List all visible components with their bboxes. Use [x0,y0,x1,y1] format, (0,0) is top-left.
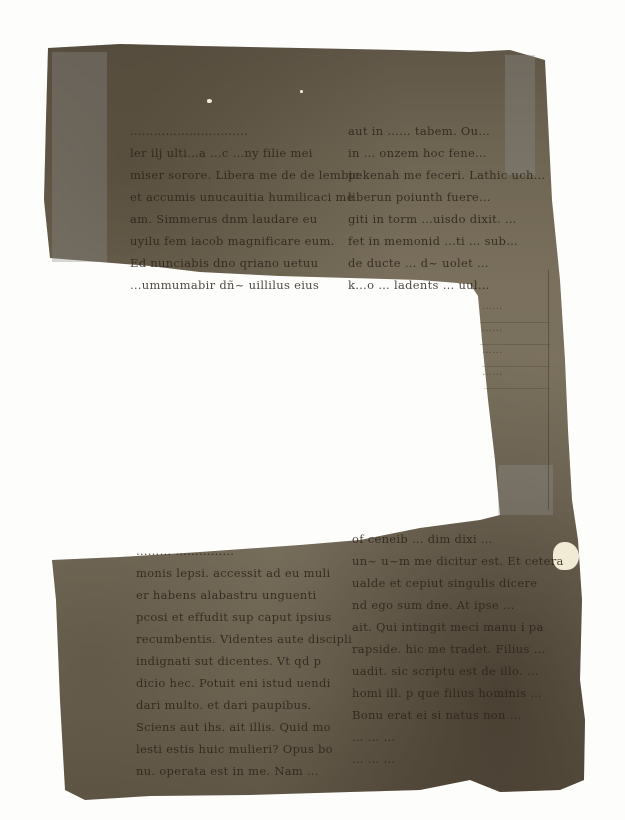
text-line: et accumis unucauitia humilicaci me [130,186,359,208]
text-line: … … … [352,748,564,770]
text-line: …ummumabir dñ~ uillilus eius [130,274,359,296]
text-line: uyilu fem iacob magnificare eum. [130,230,359,252]
text-line: k…o … ladents … uul… [348,274,545,296]
pin-hole [300,90,303,93]
text-line: indignati sut dicentes. Vt qd p [136,650,352,672]
upper-right-column: aut in …… tabem. Ou… in … onzem hoc fene… [348,120,545,296]
text-line: un~ u~m me dicitur est. Et cetera [352,550,564,572]
text-line: pcosi et effudit sup caput ipsius [136,606,352,628]
text-line: er habens alabastru unguenti [136,584,352,606]
text-line: monis lepsi. accessit ad eu muli [136,562,352,584]
text-line: ler ilj ulti…a …c …ny filie mei [130,142,359,164]
text-line: …… [482,318,503,340]
text-line: ………………………… [130,120,359,142]
text-line: dicio hec. Potuit eni istud uendi [136,672,352,694]
upper-left-column: ………………………… ler ilj ulti…a …c …ny filie m… [130,120,359,296]
text-line: ……… …………… [136,540,352,562]
text-line: pekenah me feceri. Lathic uch… [348,164,545,186]
text-line: rapside. hic me tradet. Filius … [352,638,564,660]
ruling-line [484,388,550,389]
text-line: am. Simmerus dnm laudare eu [130,208,359,230]
repair-tape-left [52,52,107,262]
text-line: fet in memonid …ti … sub… [348,230,545,252]
text-line: …… [482,296,503,318]
text-line: of ceneib … dim dixi … [352,528,564,550]
text-line: miser sorore. Libera me de de lembic [130,164,359,186]
text-line: … … … [352,726,564,748]
text-line: recumbentis. Videntes aute discipli [136,628,352,650]
text-line: …… [482,362,503,384]
text-line: nu. operata est in me. Nam … [136,760,352,782]
ruling-line [548,270,549,510]
manuscript-fragment: ………………………… ler ilj ulti…a …c …ny filie m… [0,0,625,820]
text-line: Ed nunciabis dno qriano uetuu [130,252,359,274]
text-line: liberun poiunth fuere… [348,186,545,208]
right-column-fragment: …… …… …… …… [482,296,503,384]
text-line: aut in …… tabem. Ou… [348,120,545,142]
text-line: homi ill. p que filius hominis … [352,682,564,704]
text-line: de ducte … d~ uolet … [348,252,545,274]
lower-left-column: ……… …………… monis lepsi. accessit ad eu mu… [136,540,352,782]
text-line: ait. Qui intingit meci manu i pa [352,616,564,638]
text-line: ualde et cepiut singulis dicere [352,572,564,594]
repair-patch [498,465,553,515]
text-line: uadit. sic scriptu est de illo. … [352,660,564,682]
text-line: Sciens aut ihs. ait illis. Quid mo [136,716,352,738]
text-line: dari multo. et dari paupibus. [136,694,352,716]
pin-hole [207,99,212,103]
text-line: nd ego sum dne. At ipse … [352,594,564,616]
lower-right-column: of ceneib … dim dixi … un~ u~m me dicitu… [352,528,564,770]
text-line: …… [482,340,503,362]
text-line: in … onzem hoc fene… [348,142,545,164]
text-line: lesti estis huic mulieri? Opus bo [136,738,352,760]
text-line: giti in torm …uisdo dixit. … [348,208,545,230]
text-line: Bonu erat ei si natus non … [352,704,564,726]
